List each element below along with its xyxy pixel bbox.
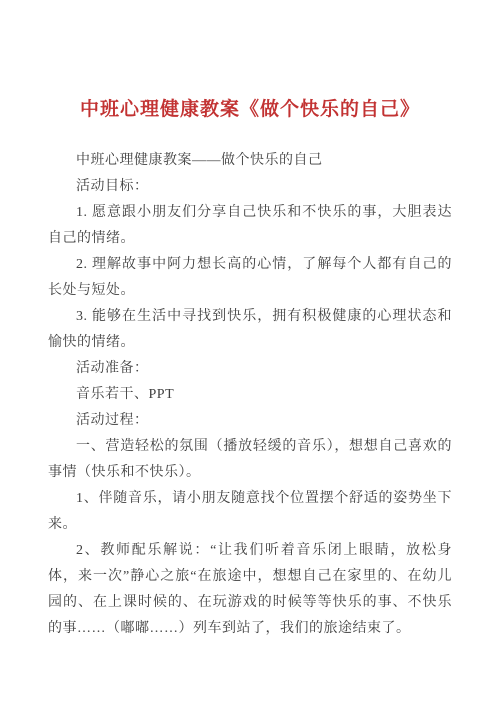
paragraph-process-1-1: 1、伴随音乐，请小朋友随意找个位置摆个舒适的姿势坐下来。 bbox=[48, 486, 452, 538]
paragraph-prep-items: 音乐若干、PPT bbox=[48, 382, 452, 408]
paragraph-process-heading: 活动过程： bbox=[48, 408, 452, 434]
paragraph-goal-1: 1. 愿意跟小朋友们分享自己快乐和不快乐的事，大胆表达自己的情绪。 bbox=[48, 200, 452, 252]
document-title: 中班心理健康教案《做个快乐的自己》 bbox=[48, 96, 452, 124]
paragraph-subtitle: 中班心理健康教案——做个快乐的自己 bbox=[48, 148, 452, 174]
paragraph-goal-2: 2. 理解故事中阿力想长高的心情，了解每个人都有自己的长处与短处。 bbox=[48, 252, 452, 304]
paragraph-goal-3: 3. 能够在生活中寻找到快乐，拥有积极健康的心理状态和愉快的情绪。 bbox=[48, 304, 452, 356]
document-content: 中班心理健康教案《做个快乐的自己》 中班心理健康教案——做个快乐的自己 活动目标… bbox=[0, 0, 500, 642]
document-page: 中班心理健康教案《做个快乐的自己》 中班心理健康教案——做个快乐的自己 活动目标… bbox=[0, 0, 500, 707]
paragraph-process-1: 一、营造轻松的氛围（播放轻缓的音乐），想想自己喜欢的事情（快乐和不快乐）。 bbox=[48, 434, 452, 486]
paragraph-prep-heading: 活动准备： bbox=[48, 356, 452, 382]
paragraph-process-1-2: 2、教师配乐解说：“让我们听着音乐闭上眼睛，放松身体，来一次”静心之旅“在旅途中… bbox=[48, 538, 452, 642]
paragraph-goals-heading: 活动目标： bbox=[48, 174, 452, 200]
